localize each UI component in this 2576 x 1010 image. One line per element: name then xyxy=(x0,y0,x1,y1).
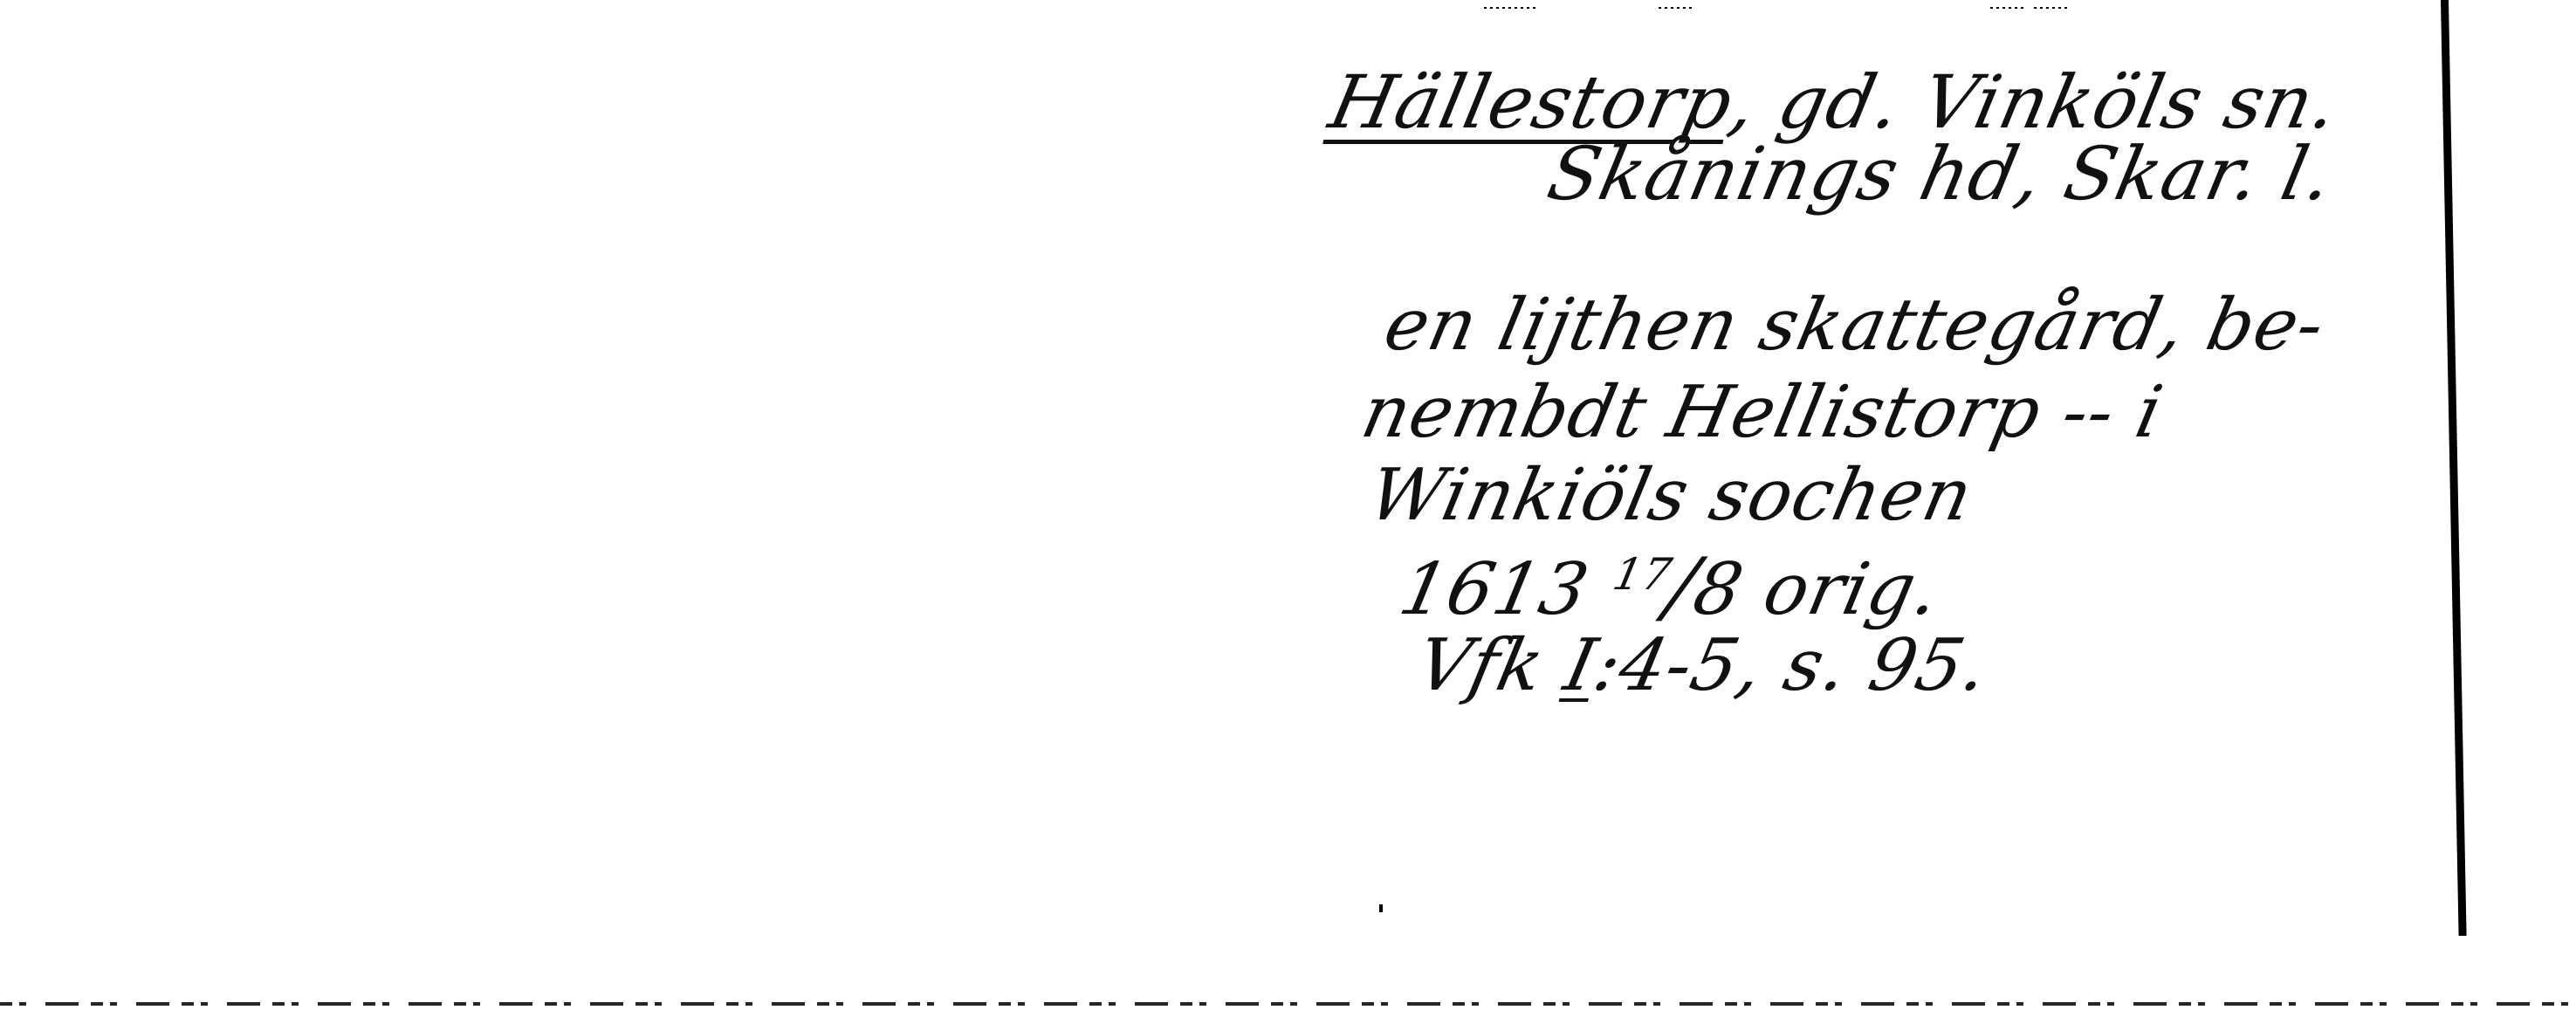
archive-index-card: Hällestorp, gd. Vinköls sn. Skånings hd,… xyxy=(0,0,2576,1010)
body-line-1: en lijthen skattegård, be- xyxy=(1377,284,2332,367)
body-line-source: Vfk I:4-5, s. 95. xyxy=(1410,624,1996,707)
source-ref: :4-5, s. 95. xyxy=(1587,624,1996,707)
scan-artifact xyxy=(2034,7,2067,9)
scan-artifact xyxy=(1659,7,1693,9)
scan-artifact xyxy=(1990,7,2025,9)
date-year: 1613 xyxy=(1392,548,1596,631)
date-note: orig. xyxy=(1756,548,1947,631)
card-edge-line xyxy=(2441,0,2467,936)
body-line-date: 1613 17/8 orig. xyxy=(1392,541,1949,633)
ink-dot xyxy=(1379,904,1383,912)
card-heading-line-2: Skånings hd, Skar. l. xyxy=(1541,131,2341,216)
body-line-3: Winkiöls sochen xyxy=(1362,454,1980,537)
scan-artifact xyxy=(1484,7,1536,9)
source-abbrev: Vfk xyxy=(1410,624,1551,707)
body-line-2: nembdt Hellistorp -- i xyxy=(1355,371,2170,454)
scan-bottom-edge xyxy=(0,1002,2576,1006)
